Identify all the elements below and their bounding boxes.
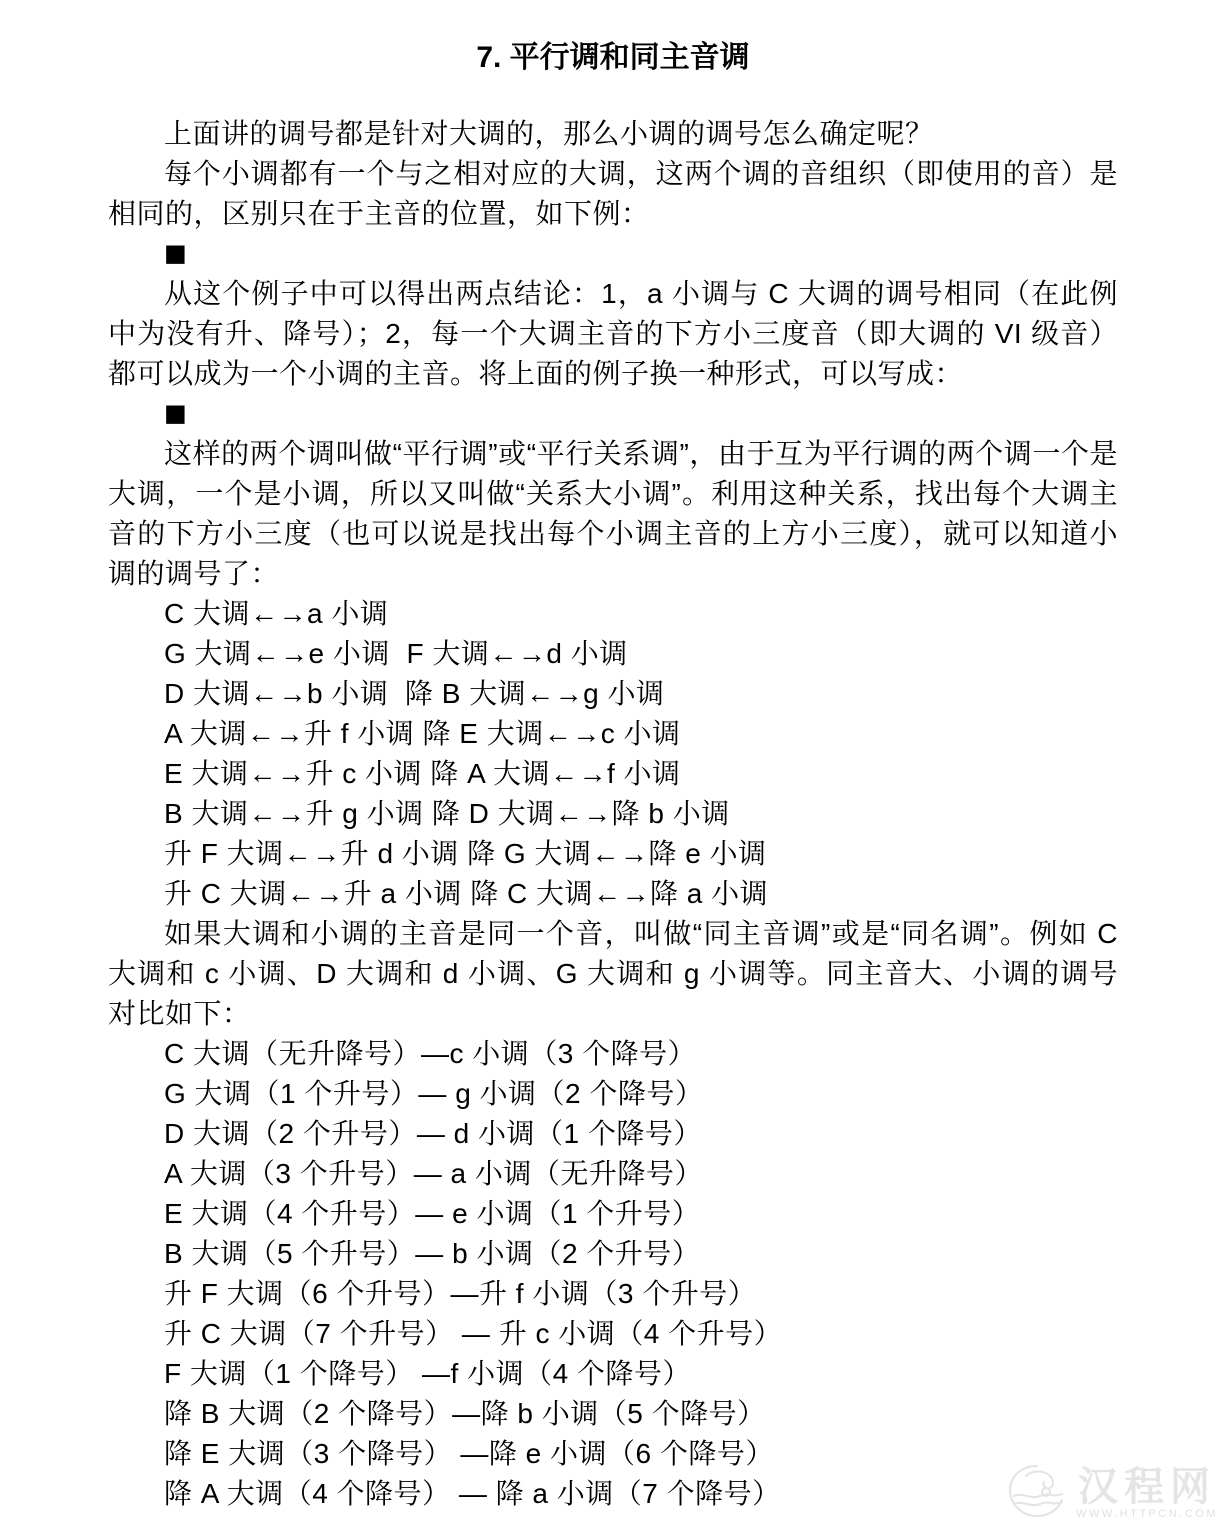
parallel-key-line: 升 F 大调←→升 d 小调 降 G 大调←→降 e 小调 — [164, 834, 1118, 874]
same-tonic-key-line: 升 C 大调（7 个升号） — 升 c 小调（4 个升号） — [164, 1314, 1118, 1354]
parallel-key-line: B 大调←→升 g 小调 降 D 大调←→降 b 小调 — [164, 794, 1118, 834]
paragraph-same-tonic-definition: 如果大调和小调的主音是同一个音，叫做“同主音调”或是“同名调”。例如 C 大调和… — [108, 914, 1118, 1034]
watermark-text: 汉程网 WWW.HTTPCN.COM — [1076, 1466, 1218, 1521]
same-tonic-key-line: G 大调（1 个升号）— g 小调（2 个降号） — [164, 1074, 1118, 1114]
same-tonic-keys-list: C 大调（无升降号）—c 小调（3 个降号） G 大调（1 个升号）— g 小调… — [108, 1034, 1118, 1514]
same-tonic-key-line: 降 E 大调（3 个降号） —降 e 小调（6 个降号） — [164, 1434, 1118, 1474]
example-image-placeholder-line-1: ■ — [164, 234, 1118, 274]
parallel-key-line: D 大调←→b 小调 降 B 大调←→g 小调 — [164, 674, 1118, 714]
same-tonic-key-line: 降 A 大调（4 个降号） — 降 a 小调（7 个降号） — [164, 1474, 1118, 1514]
same-tonic-key-line: C 大调（无升降号）—c 小调（3 个降号） — [164, 1034, 1118, 1074]
same-tonic-key-line: A 大调（3 个升号）— a 小调（无升降号） — [164, 1154, 1118, 1194]
watermark-site-url: WWW.HTTPCN.COM — [1076, 1508, 1218, 1521]
watermark: 汉程网 WWW.HTTPCN.COM — [1004, 1462, 1218, 1524]
page-title: 7. 平行调和同主音调 — [108, 36, 1118, 80]
watermark-site-name: 汉程网 — [1078, 1466, 1216, 1508]
black-square-placeholder-icon: ■ — [164, 394, 187, 434]
black-square-placeholder-icon: ■ — [164, 234, 187, 274]
parallel-keys-list: C 大调←→a 小调 G 大调←→e 小调 F 大调←→d 小调 D 大调←→b… — [108, 594, 1118, 914]
parallel-key-line: G 大调←→e 小调 F 大调←→d 小调 — [164, 634, 1118, 674]
parallel-key-line: 升 C 大调←→升 a 小调 降 C 大调←→降 a 小调 — [164, 874, 1118, 914]
same-tonic-key-line: B 大调（5 个升号）— b 小调（2 个升号） — [164, 1234, 1118, 1274]
same-tonic-key-line: 降 B 大调（2 个降号）—降 b 小调（5 个降号） — [164, 1394, 1118, 1434]
document-page: 7. 平行调和同主音调 上面讲的调号都是针对大调的，那么小调的调号怎么确定呢？ … — [0, 0, 1230, 1536]
paragraph-two-conclusions: 从这个例子中可以得出两点结论：1，a 小调与 C 大调的调号相同（在此例中为没有… — [108, 274, 1118, 394]
parallel-key-line: C 大调←→a 小调 — [164, 594, 1118, 634]
watermark-logo-icon — [1004, 1462, 1070, 1524]
same-tonic-key-line: F 大调（1 个降号） —f 小调（4 个降号） — [164, 1354, 1118, 1394]
paragraph-parallel-key-definition: 这样的两个调叫做“平行调”或“平行关系调”，由于互为平行调的两个调一个是大调，一… — [108, 434, 1118, 594]
same-tonic-key-line: E 大调（4 个升号）— e 小调（1 个升号） — [164, 1194, 1118, 1234]
paragraph-relative-major-intro: 每个小调都有一个与之相对应的大调，这两个调的音组织（即使用的音）是相同的，区别只… — [108, 154, 1118, 234]
paragraph-intro-question: 上面讲的调号都是针对大调的，那么小调的调号怎么确定呢？ — [108, 114, 1118, 154]
same-tonic-key-line: 升 F 大调（6 个升号）—升 f 小调（3 个升号） — [164, 1274, 1118, 1314]
parallel-key-line: A 大调←→升 f 小调 降 E 大调←→c 小调 — [164, 714, 1118, 754]
parallel-key-line: E 大调←→升 c 小调 降 A 大调←→f 小调 — [164, 754, 1118, 794]
example-image-placeholder-line-2: ■ — [164, 394, 1118, 434]
same-tonic-key-line: D 大调（2 个升号）— d 小调（1 个降号） — [164, 1114, 1118, 1154]
